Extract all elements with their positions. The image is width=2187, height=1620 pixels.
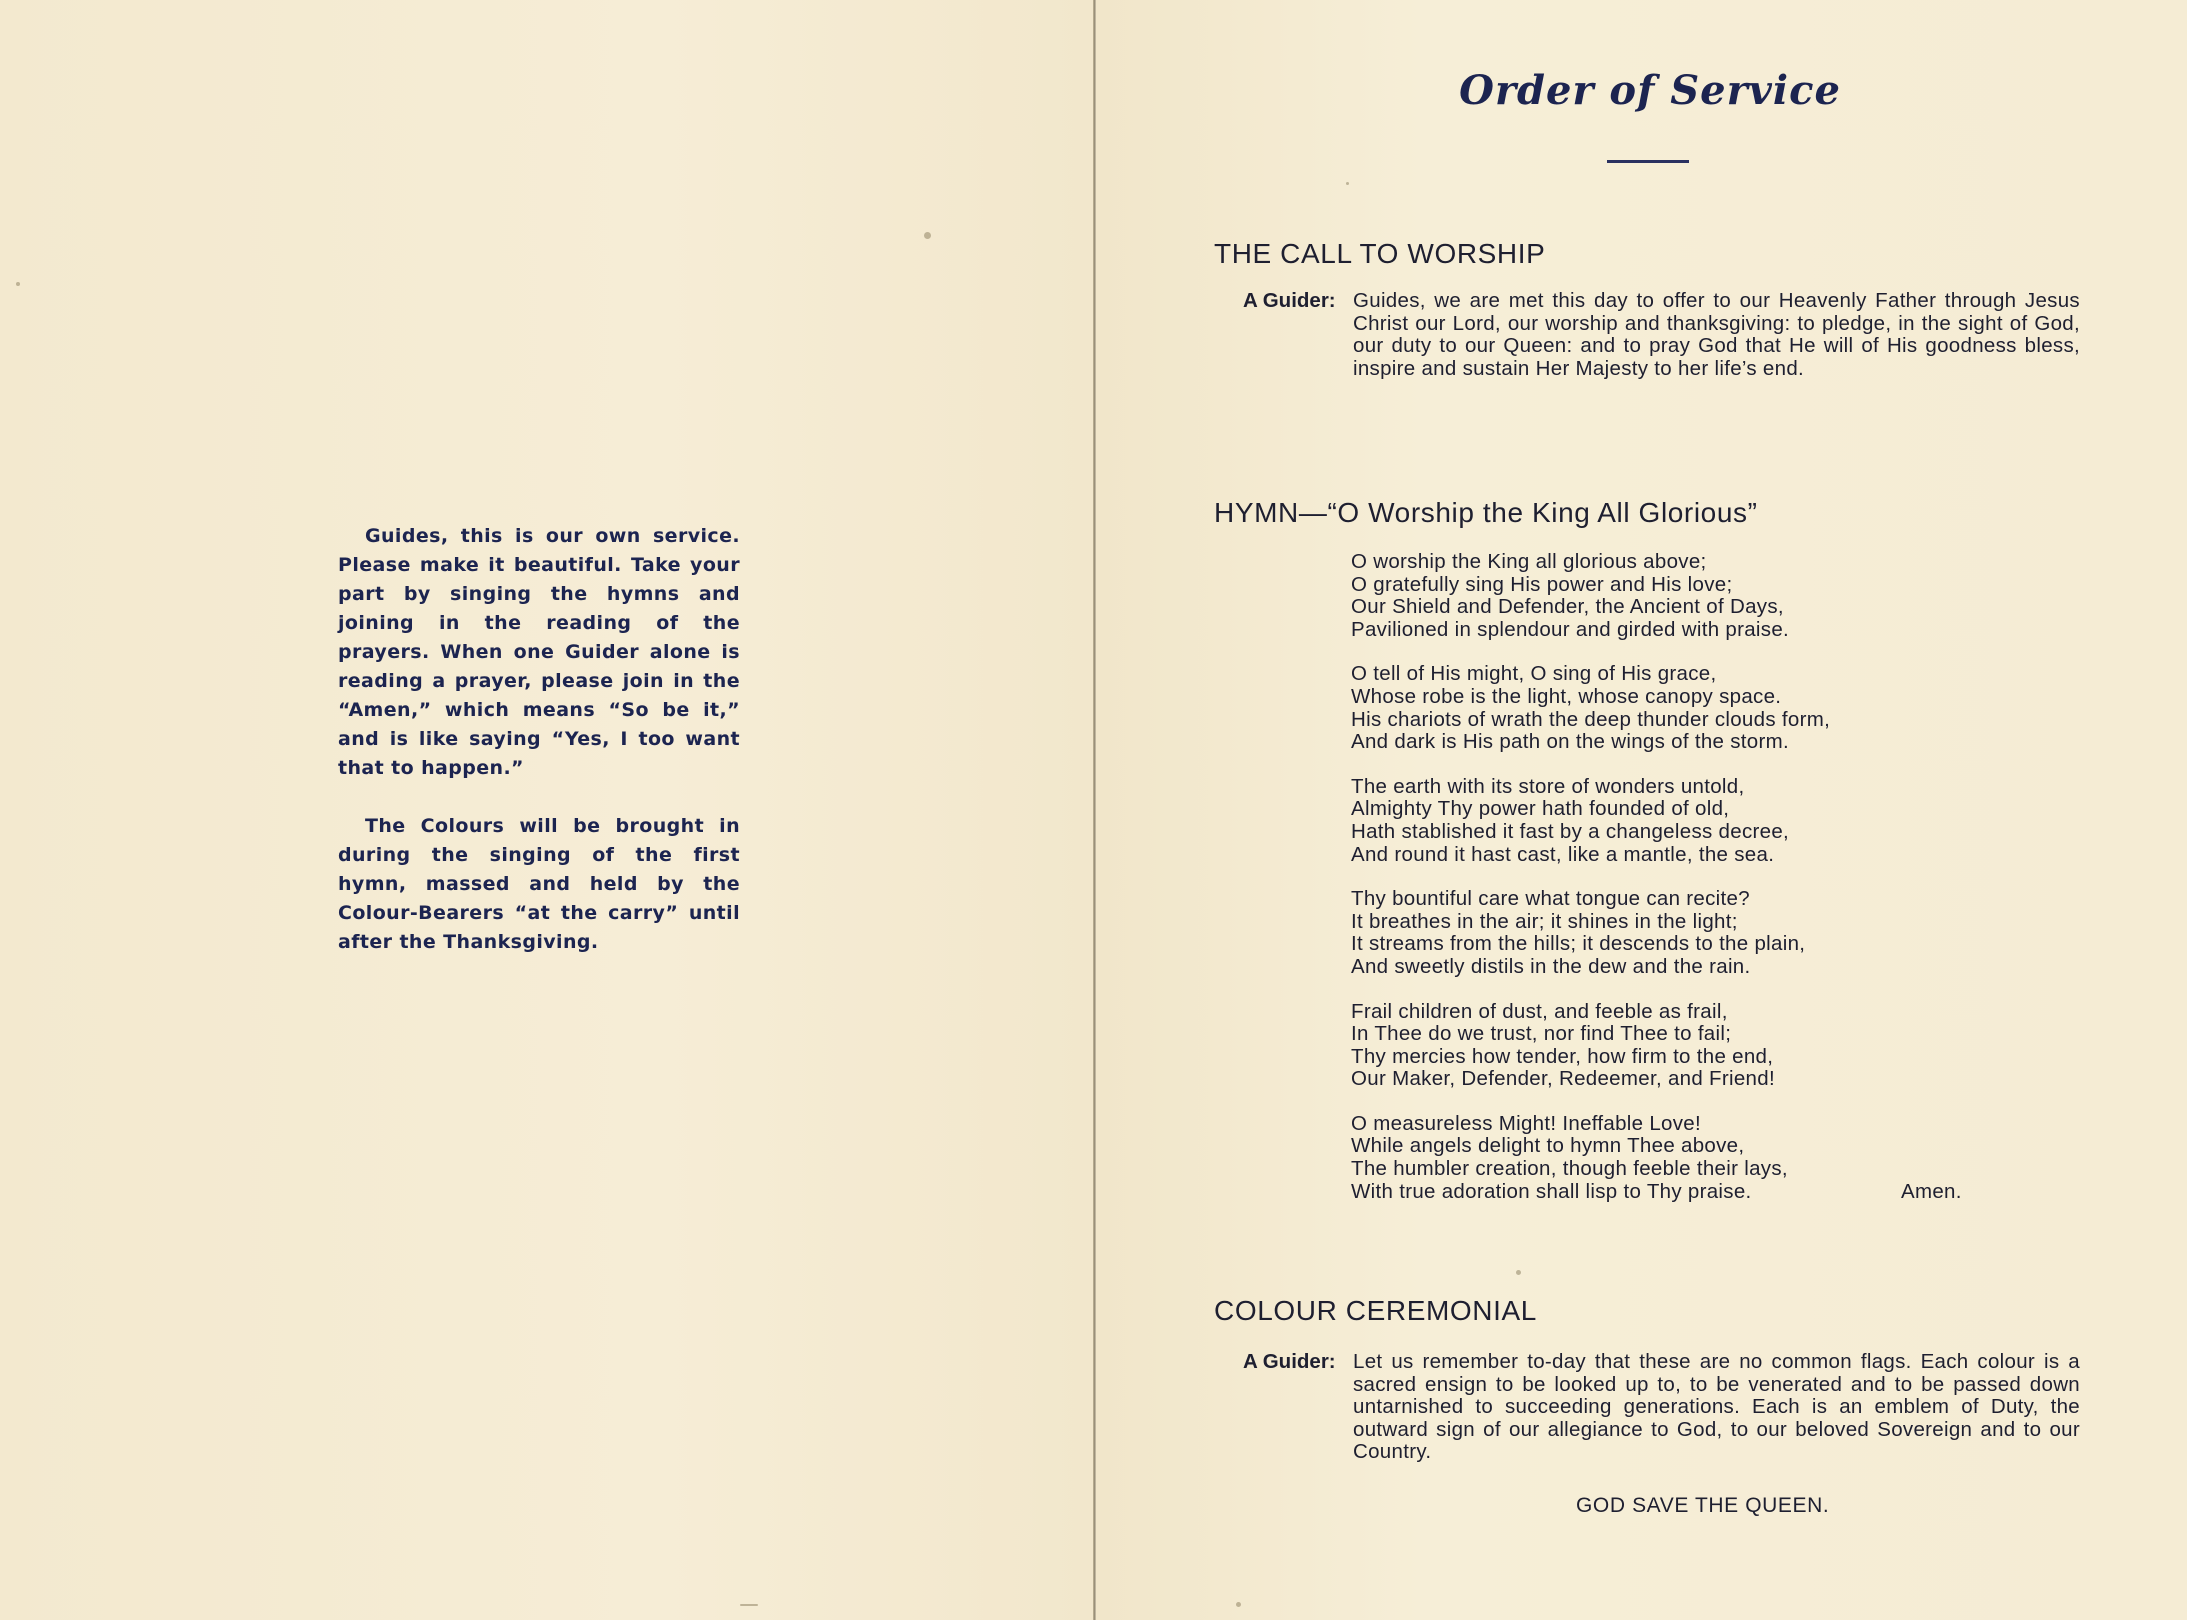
hymn-verse: O tell of His might, O sing of His grace… — [1351, 663, 1991, 753]
verse-line: Thy bountiful care what tongue can recit… — [1351, 888, 1991, 911]
verse-line: While angels delight to hymn Thee above, — [1351, 1135, 1991, 1158]
verse-line: Frail children of dust, and feeble as fr… — [1351, 1001, 1991, 1024]
section-heading-colour-ceremonial: COLOUR CEREMONIAL — [1214, 1295, 1537, 1327]
speaker-label: A Guider: — [1243, 1351, 1336, 1374]
page-title: Order of Service — [1430, 67, 1870, 114]
paper-speck — [924, 232, 931, 239]
hymn-lyrics: O worship the King all glorious above; O… — [1351, 551, 1991, 1203]
hymn-verse: Frail children of dust, and feeble as fr… — [1351, 1001, 1991, 1091]
closing-line: GOD SAVE THE QUEEN. — [1576, 1494, 1829, 1518]
left-page: Guides, this is our own service. Please … — [0, 0, 1094, 1620]
verse-line: The humbler creation, though feeble thei… — [1351, 1158, 1991, 1181]
hymn-verse: O measureless Might! Ineffable Love! Whi… — [1351, 1113, 1991, 1203]
hymn-verse: O worship the King all glorious above; O… — [1351, 551, 1991, 641]
hymn-verse: The earth with its store of wonders unto… — [1351, 776, 1991, 866]
service-instructions: Guides, this is our own service. Please … — [338, 522, 740, 957]
verse-line: Hath stablished it fast by a changeless … — [1351, 821, 1991, 844]
colour-ceremonial-block: A Guider: Let us remember to-day that th… — [1243, 1351, 2080, 1464]
paper-speck — [1516, 1270, 1521, 1275]
verse-line: His chariots of wrath the deep thunder c… — [1351, 709, 1991, 732]
call-to-worship-text: Guides, we are met this day to offer to … — [1353, 290, 2080, 380]
verse-line: It streams from the hills; it descends t… — [1351, 933, 1991, 956]
instructions-paragraph: Guides, this is our own service. Please … — [338, 522, 740, 783]
hymn-amen: Amen. — [1901, 1181, 1962, 1204]
verse-line: Whose robe is the light, whose canopy sp… — [1351, 686, 1991, 709]
call-to-worship-block: A Guider: Guides, we are met this day to… — [1243, 290, 2080, 380]
verse-line: Almighty Thy power hath founded of old, — [1351, 798, 1991, 821]
section-heading-call-to-worship: THE CALL TO WORSHIP — [1214, 238, 1545, 270]
title-divider — [1607, 160, 1689, 163]
verse-line: O measureless Might! Ineffable Love! — [1351, 1113, 1991, 1136]
verse-line: And sweetly distils in the dew and the r… — [1351, 956, 1991, 979]
verse-line: O tell of His might, O sing of His grace… — [1351, 663, 1991, 686]
section-heading-hymn: HYMN—“O Worship the King All Glorious” — [1214, 497, 1758, 529]
paper-speck — [16, 282, 20, 286]
verse-line: The earth with its store of wonders unto… — [1351, 776, 1991, 799]
verse-line: It breathes in the air; it shines in the… — [1351, 911, 1991, 934]
paper-mark — [740, 1604, 758, 1606]
verse-line: Pavilioned in splendour and girded with … — [1351, 619, 1991, 642]
verse-line: Our Maker, Defender, Redeemer, and Frien… — [1351, 1068, 1991, 1091]
verse-line: O gratefully sing His power and His love… — [1351, 574, 1991, 597]
verse-line: With true adoration shall lisp to Thy pr… — [1351, 1181, 1991, 1204]
verse-line: Thy mercies how tender, how firm to the … — [1351, 1046, 1991, 1069]
paper-speck — [1236, 1602, 1241, 1607]
colours-paragraph: The Colours will be brought in during th… — [338, 812, 740, 957]
verse-line: Our Shield and Defender, the Ancient of … — [1351, 596, 1991, 619]
verse-line: O worship the King all glorious above; — [1351, 551, 1991, 574]
verse-line: And round it hast cast, like a mantle, t… — [1351, 844, 1991, 867]
speaker-label: A Guider: — [1243, 290, 1336, 313]
verse-line: In Thee do we trust, nor find Thee to fa… — [1351, 1023, 1991, 1046]
verse-line: And dark is His path on the wings of the… — [1351, 731, 1991, 754]
paper-speck — [1346, 182, 1349, 185]
hymn-verse: Thy bountiful care what tongue can recit… — [1351, 888, 1991, 978]
colour-ceremonial-text: Let us remember to-day that these are no… — [1353, 1351, 2080, 1464]
